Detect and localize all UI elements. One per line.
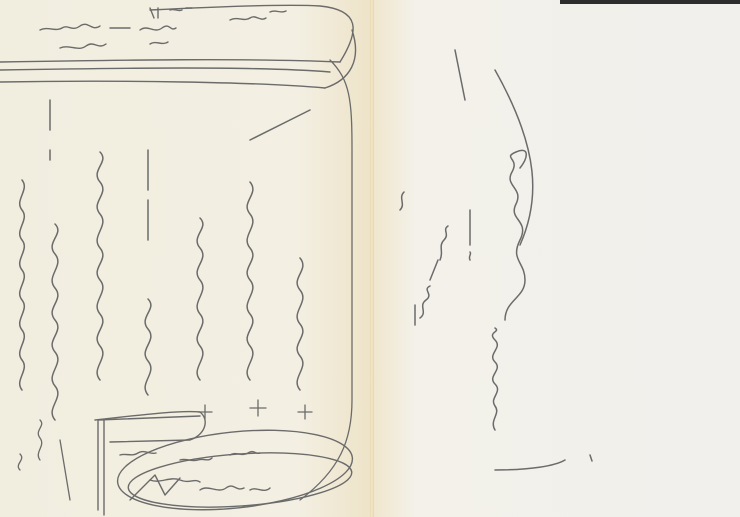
signature-strokes — [400, 50, 592, 470]
bottom-annotation-strokes — [95, 412, 356, 517]
body-handwriting-strokes — [20, 100, 310, 420]
header-annotation-strokes — [0, 5, 356, 88]
handwriting-strokes — [0, 0, 740, 517]
scanned-document: 18-20-III [illegible handwriting] [illeg… — [0, 0, 740, 517]
